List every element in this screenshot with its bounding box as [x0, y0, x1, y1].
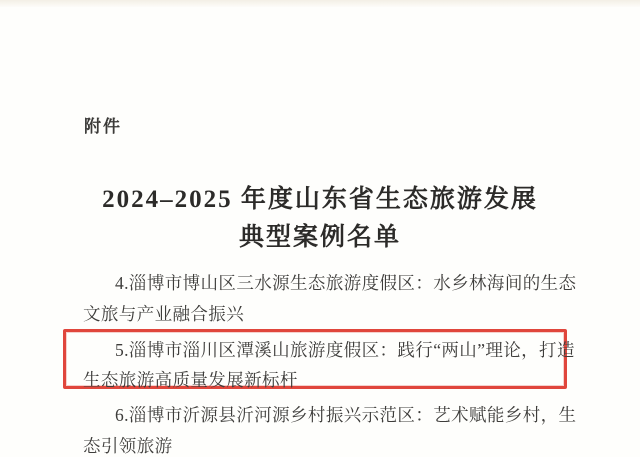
page-top-edge [0, 0, 640, 7]
list-item-5-line-1: 5.淄博市淄川区潭溪山旅游度假区：践行“两山”理论，打造 [115, 337, 575, 362]
attachment-label: 附件 [84, 112, 122, 137]
list-item-4-line-1: 4.淄博市博山区三水源生态旅游度假区：水乡林海间的生态 [115, 270, 576, 295]
title-line-1: 2024–2025 年度山东省生态旅游发展 [0, 181, 640, 219]
document-title: 2024–2025 年度山东省生态旅游发展 典型案例名单 [0, 181, 640, 257]
list-item-6-line-1: 6.淄博市沂源县沂河源乡村振兴示范区：艺术赋能乡村，生 [115, 402, 576, 427]
list-item-4-line-2: 文旅与产业融合振兴 [83, 301, 244, 326]
document-page: 附件 2024–2025 年度山东省生态旅游发展 典型案例名单 4.淄博市博山区… [0, 0, 640, 457]
list-item-6-line-2: 态引领旅游 [83, 433, 173, 457]
list-item-5-line-2: 生态旅游高质量发展新标杆 [83, 367, 298, 392]
title-line-2: 典型案例名单 [0, 219, 640, 257]
